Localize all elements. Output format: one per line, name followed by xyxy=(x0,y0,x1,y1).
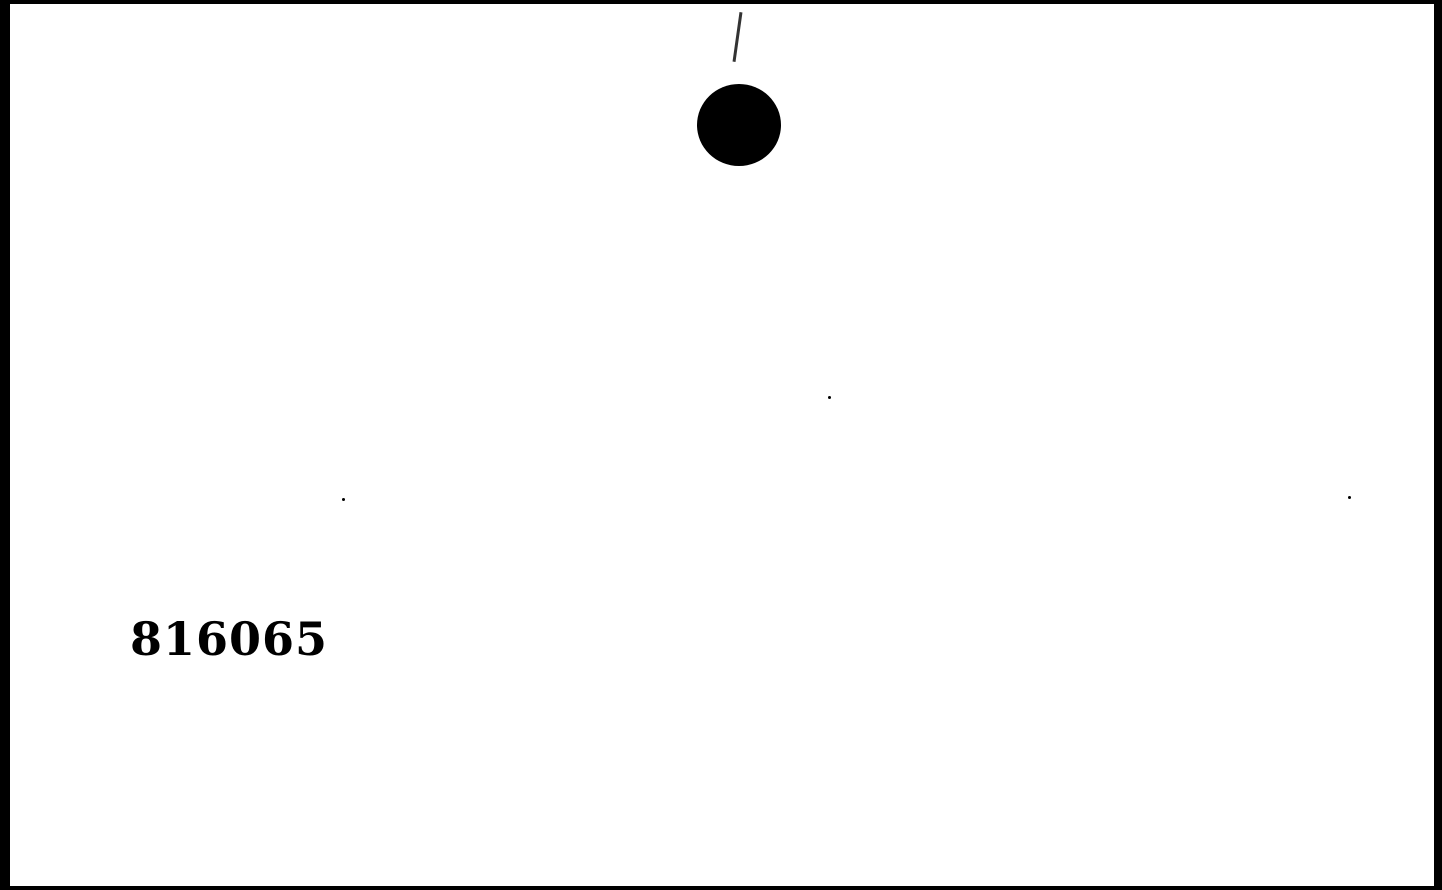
card-number: 816065 xyxy=(130,612,328,666)
ink-mark xyxy=(733,12,743,62)
punch-hole xyxy=(697,84,781,166)
speck xyxy=(342,498,345,501)
index-card: 816065 xyxy=(10,4,1434,886)
speck xyxy=(1348,496,1351,499)
speck xyxy=(828,396,831,399)
